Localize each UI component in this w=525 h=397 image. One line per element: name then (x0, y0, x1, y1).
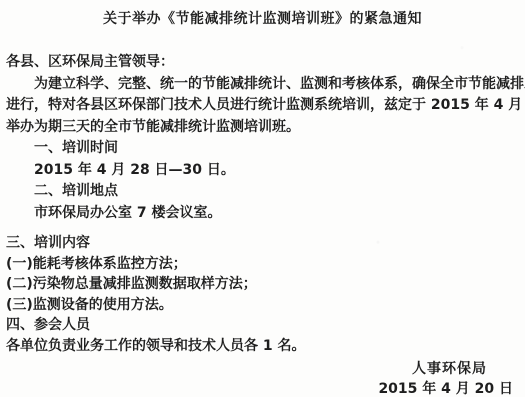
signature-block: 人事环保局 2015 年 4 月 20 日 (6, 359, 519, 397)
notice-document: 关于举办《节能减排统计监测培训班》的紧急通知 各县、区环保局主管领导： 为建立科… (0, 0, 525, 397)
salutation: 各县、区环保局主管领导： (6, 52, 519, 74)
signature-issuer: 人事环保局 (6, 359, 513, 379)
section-content-heading: 三、培训内容 (6, 233, 519, 254)
section-participants-value: 各单位负责业务工作的领导和技术人员各 1 名。 (6, 336, 519, 357)
section-place-value: 市环保局办公室 7 楼会议室。 (6, 203, 519, 225)
section-participants-heading: 四、参会人员 (6, 315, 519, 336)
content-item-2: (二)污染物总量减排监测数据取样方法； (6, 274, 519, 295)
section-time-value: 2015 年 4 月 28 日—30 日。 (6, 160, 519, 182)
document-title: 关于举办《节能减排统计监测培训班》的紧急通知 (6, 8, 519, 30)
signature-date: 2015 年 4 月 20 日 (6, 379, 513, 397)
section-place-heading: 二、培训地点 (6, 181, 519, 203)
intro-line-2: 进行，特对各县区环保部门技术人员进行统计监测系统培训，兹定于 2015 年 4 … (6, 95, 519, 117)
content-item-3: (三)监测设备的使用方法。 (6, 295, 519, 316)
intro-line-3: 举办为期三天的全市节能减排统计监测培训班。 (6, 117, 519, 139)
section-divider-gap (6, 224, 519, 233)
section-time-heading: 一、培训时间 (6, 138, 519, 160)
content-item-1: (一)能耗考核体系监控方法； (6, 254, 519, 275)
intro-line-1: 为建立科学、完整、统一的节能减排统计、监测和考核体系，确保全市节能减排工作的顺利 (6, 74, 519, 96)
